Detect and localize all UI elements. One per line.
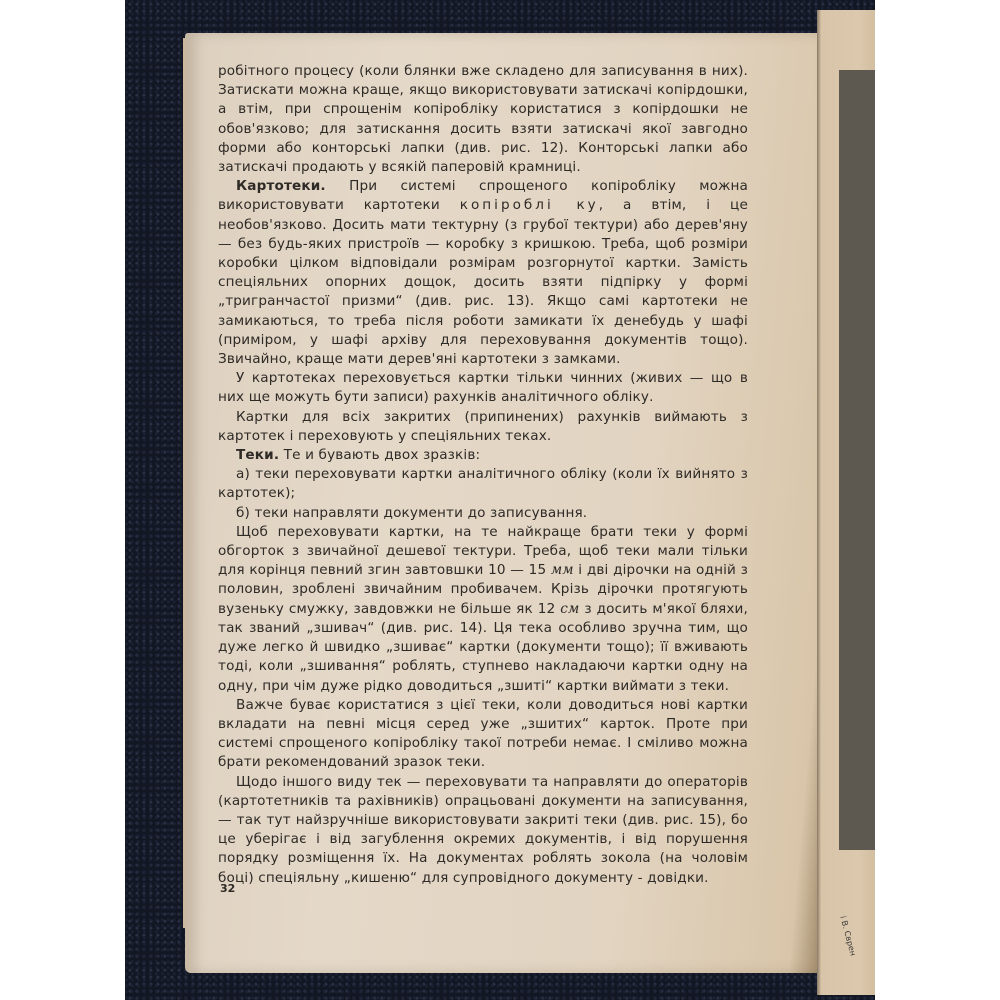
spaced-emphasis: копіроблі ку	[460, 197, 599, 213]
paragraph-text: Те и бувають двох зразків:	[279, 447, 480, 463]
paragraph-text: , а втім, і це необов'язково. Досить мат…	[218, 197, 748, 367]
paragraph-folders: Теки. Те и бувають двох зразків:	[218, 446, 748, 465]
unit-cm: см	[560, 601, 579, 617]
section-heading-kartoteky: Картотеки.	[236, 178, 326, 194]
paragraph-card-files: Картотеки. При системі спрощеного копіро…	[218, 177, 748, 369]
list-item-b: б) теки направляти документи до записува…	[218, 504, 748, 523]
paragraph: Щоб переховувати картки, на те найкраще …	[218, 523, 748, 696]
list-item-a: а) теки переховувати картки аналітичного…	[218, 465, 748, 503]
paragraph: робітного процесу (коли блянки вже склад…	[218, 62, 748, 177]
paragraph: Картки для всіх закритих (припинених) ра…	[218, 408, 748, 446]
paragraph: У картотеках переховується картки тільки…	[218, 369, 748, 407]
book-photo: і В. Сврен робітного процесу (коли блянк…	[125, 0, 875, 1000]
paragraph: Щодо іншого виду тек — переховувати та н…	[218, 773, 748, 888]
section-heading-teky: Теки.	[236, 447, 279, 463]
facing-page-illustration	[839, 70, 875, 850]
facing-page-stamp: і В. Сврен	[838, 915, 857, 957]
unit-mm: мм	[551, 562, 574, 578]
page-body: робітного процесу (коли блянки вже склад…	[218, 62, 748, 888]
facing-page: і В. Сврен	[817, 10, 875, 995]
page-number: 32	[220, 882, 235, 895]
paragraph: Важче буває користатися з цієї теки, кол…	[218, 696, 748, 773]
